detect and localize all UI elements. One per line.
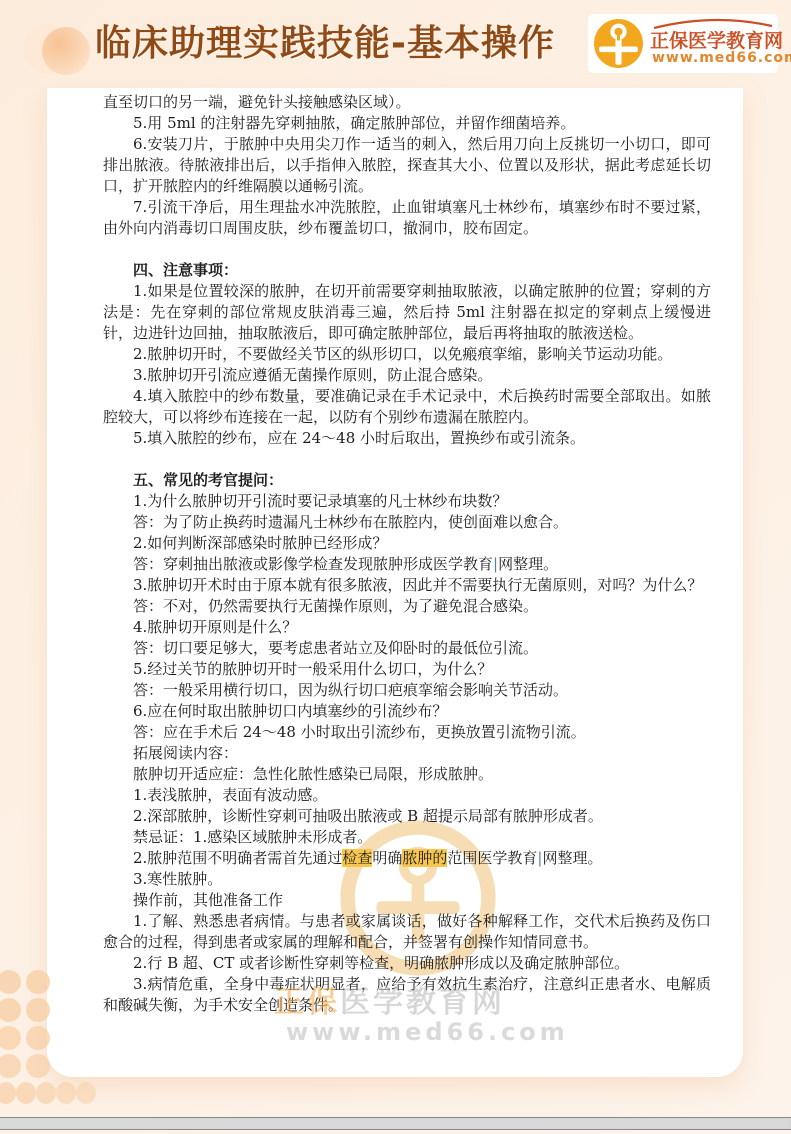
document-body: 直至切口的另一端，避免针头接触感染区域）。5.用 5ml 的注射器先穿刺抽脓，确… xyxy=(103,92,711,1016)
paragraph: 五、常见的考官提问： xyxy=(103,470,711,491)
paragraph: 2.行 B 超、CT 或者诊断性穿刺等检查，明确脓肿形成以及确定脓肿部位。 xyxy=(103,953,711,974)
watermark-url: www.med66.com xyxy=(286,1018,569,1046)
logo-card: 正保医学教育网 www.med66.com xyxy=(588,14,778,73)
header: 临床助理实践技能-基本操作 正保医学教育网 www.med66.com xyxy=(0,0,791,88)
paragraph: 禁忌证：1.感染区域脓肿未形成者。 xyxy=(103,827,711,848)
paragraph: 2.如何判断深部感染时脓肿已经形成？ xyxy=(103,533,711,554)
paragraph: 5.用 5ml 的注射器先穿刺抽脓，确定脓肿部位，并留作细菌培养。 xyxy=(103,113,711,134)
paragraph: 6.应在何时取出脓肿切口内填塞纱的引流纱布？ xyxy=(103,701,711,722)
watermark-brand: 正保医学教育网 xyxy=(274,977,505,1021)
paragraph: 答：不对，仍然需要执行无菌操作原则，为了避免混合感染。 xyxy=(103,596,711,617)
paragraph: 3.脓肿切开引流应遵循无菌操作原则，防止混合感染。 xyxy=(103,365,711,386)
brand-crescent-decoration-front xyxy=(42,27,90,75)
paragraph: 四、注意事项： xyxy=(103,260,711,281)
paragraph: 2.脓肿范围不明确者需首先通过检查明确脓肿的范围医学教育|网整理。 xyxy=(103,848,711,869)
logo-site-name: 正保医学教育网 xyxy=(650,26,783,53)
paragraph: 操作前，其他准备工作 xyxy=(103,890,711,911)
paragraph: 1.表浅脓肿，表面有波动感。 xyxy=(103,785,711,806)
paragraph: 1.了解、熟悉患者病情。与患者或家属谈话，做好各种解释工作，交代术后换药及伤口愈… xyxy=(103,911,711,953)
paragraph: 1.为什么脓肿切开引流时要记录填塞的凡士林纱布块数？ xyxy=(103,491,711,512)
paragraph: 5.经过关节的脓肿切开时一般采用什么切口，为什么？ xyxy=(103,659,711,680)
paragraph: 拓展阅读内容： xyxy=(103,743,711,764)
page-title: 临床助理实践技能-基本操作 xyxy=(95,22,555,66)
med66-logo-icon xyxy=(593,18,644,69)
paragraph: 3.寒性脓肿。 xyxy=(103,869,711,890)
paragraph: 直至切口的另一端，避免针头接触感染区域）。 xyxy=(103,92,711,113)
paragraph: 3.脓肿切开术时由于原本就有很多脓液，因此并不需要执行无菌原则，对吗？为什么？ xyxy=(103,575,711,596)
paragraph-spacer xyxy=(103,449,711,470)
paragraph: 2.脓肿切开时，不要做经关节区的纵形切口，以免瘢痕挛缩，影响关节运动功能。 xyxy=(103,344,711,365)
paragraph: 答：为了防止换药时遗漏凡士林纱布在脓腔内，使创面难以愈合。 xyxy=(103,512,711,533)
paragraph: 2.深部脓肿，诊断性穿刺可抽吸出脓液或 B 超提示局部有脓肿形成者。 xyxy=(103,806,711,827)
paragraph: 答：一般采用横行切口，因为纵行切口疤痕挛缩会影响关节活动。 xyxy=(103,680,711,701)
paragraph: 4.填入脓腔中的纱布数量，要准确记录在手术记录中，术后换药时需要全部取出。如脓腔… xyxy=(103,386,711,428)
bottom-scrollbar[interactable] xyxy=(0,1117,791,1130)
paragraph: 答：应在手术后 24～48 小时取出引流纱布，更换放置引流物引流。 xyxy=(103,722,711,743)
paragraph-spacer xyxy=(103,239,711,260)
paragraph: 脓肿切开适应症：急性化脓性感染已局限，形成脓肿。 xyxy=(103,764,711,785)
paragraph: 1.如果是位置较深的脓肿，在切开前需要穿刺抽取脓液，以确定脓肿的位置；穿刺的方法… xyxy=(103,281,711,344)
watermark-brand-orange: 正保 xyxy=(274,985,340,1020)
paragraph: 4.脓肿切开原则是什么？ xyxy=(103,617,711,638)
logo-site-url: www.med66.com xyxy=(652,50,791,66)
paragraph: 7.引流干净后，用生理盐水冲洗脓腔，止血钳填塞凡士林纱布，填塞纱布时不要过紧，由… xyxy=(103,197,711,239)
paragraph: 5.填入脓腔的纱布，应在 24～48 小时后取出，置换纱布或引流条。 xyxy=(103,428,711,449)
paragraph: 6.安装刀片，于脓肿中央用尖刀作一适当的刺入，然后用刀向上反挑切一小切口，即可排… xyxy=(103,134,711,197)
watermark-brand-gray: 医学教育网 xyxy=(340,985,505,1020)
page-background: { "header": { "title": "临床助理实践技能-基本操作", … xyxy=(0,0,791,1134)
scrollbar-thumb[interactable] xyxy=(0,1119,789,1128)
paragraph: 答：切口要足够大，要考虑患者站立及仰卧时的最低位引流。 xyxy=(103,638,711,659)
paragraph: 答：穿刺抽出脓液或影像学检查发现脓肿形成医学教育|网整理。 xyxy=(103,554,711,575)
